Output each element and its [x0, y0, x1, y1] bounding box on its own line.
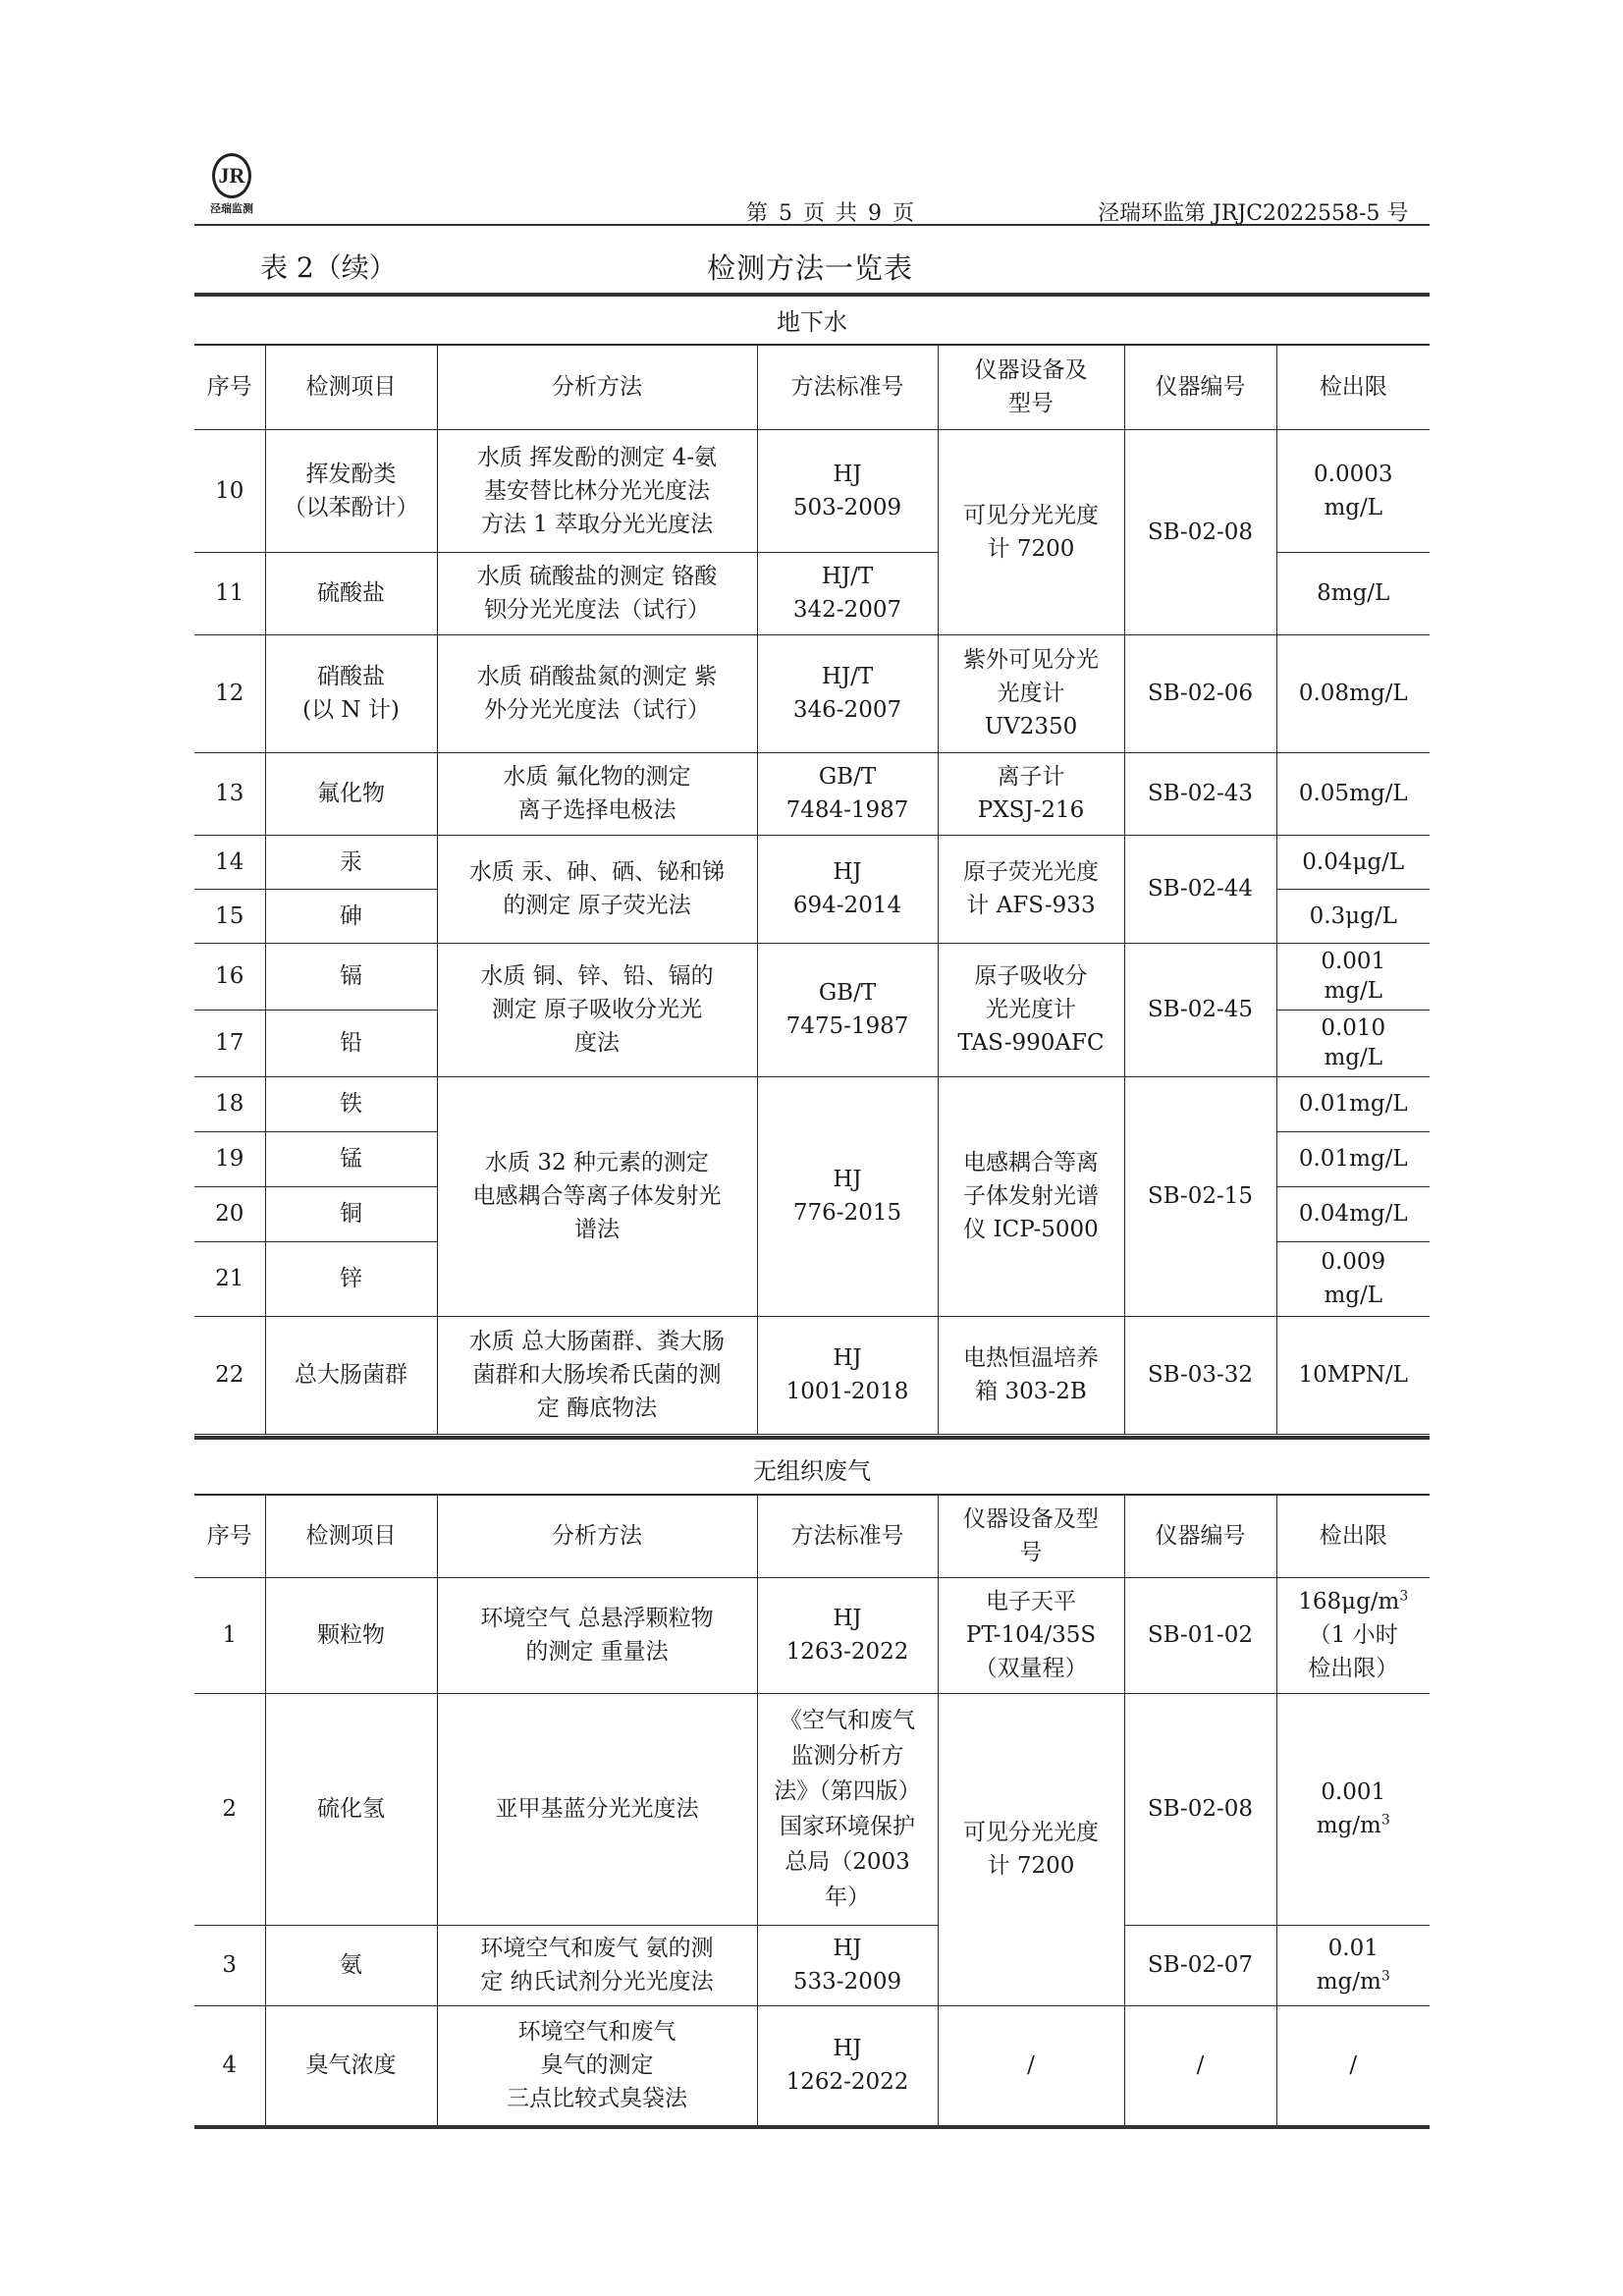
- cell-no: 11: [194, 552, 265, 634]
- cell-item: 铜: [265, 1186, 437, 1241]
- report-number: 泾瑞环监第 JRJC2022558-5 号: [1098, 196, 1408, 227]
- cell-item: 锌: [265, 1241, 437, 1316]
- cell-limit: 0.08mg/L: [1276, 634, 1430, 752]
- cell-method: 环境空气和废气臭气的测定三点比较式臭袋法: [437, 2005, 757, 2125]
- section-title-groundwater: 地下水: [194, 302, 1430, 337]
- cell-limit: 0.04mg/L: [1276, 1186, 1430, 1241]
- cell-limit: 168μg/m3（1 小时检出限）: [1276, 1577, 1430, 1693]
- table-row: 1 颗粒物 环境空气 总悬浮颗粒物的测定 重量法 HJ1263-2022 电子天…: [194, 1577, 1430, 1693]
- cell-item: 总大肠菌群: [265, 1316, 437, 1434]
- cell-no: 2: [194, 1693, 265, 1925]
- cell-standard: HJ1263-2022: [757, 1577, 938, 1693]
- col-header-limit: 检出限: [1276, 345, 1430, 429]
- cell-item: 硫酸盐: [265, 552, 437, 634]
- cell-standard: HJ533-2009: [757, 1925, 938, 2005]
- table-row: 12 硝酸盐(以 N 计) 水质 硝酸盐氮的测定 紫外分光光度法（试行） HJ/…: [194, 634, 1430, 752]
- cell-no: 22: [194, 1316, 265, 1434]
- cell-standard: GB/T7484-1987: [757, 752, 938, 835]
- cell-item: 锰: [265, 1131, 437, 1186]
- col-header-method: 分析方法: [437, 345, 757, 429]
- col-header-instrument: 仪器设备及型号: [938, 345, 1124, 429]
- cell-instrument: 原子吸收分光光度计TAS-990AFC: [938, 943, 1124, 1076]
- cell-item: 硫化氢: [265, 1693, 437, 1925]
- col-header-standard: 方法标准号: [757, 345, 938, 429]
- table-title: 检测方法一览表: [707, 246, 913, 287]
- cell-limit: 0.001mg/m3: [1276, 1693, 1430, 1925]
- cell-instrument: 原子荧光光度计 AFS-933: [938, 835, 1124, 943]
- fugitive-gas-table: 序号 检测项目 分析方法 方法标准号 仪器设备及型号 仪器编号 检出限 1 颗粒…: [194, 1494, 1430, 2126]
- cell-no: 15: [194, 889, 265, 943]
- cell-no: 18: [194, 1076, 265, 1131]
- cell-limit: 0.01mg/L: [1276, 1076, 1430, 1131]
- cell-standard: HJ694-2014: [757, 835, 938, 943]
- company-logo: JR 泾瑞监测: [202, 153, 261, 216]
- cell-standard: HJ/T346-2007: [757, 634, 938, 752]
- cell-item: 挥发酚类（以苯酚计）: [265, 429, 437, 552]
- table-row: 10 挥发酚类（以苯酚计） 水质 挥发酚的测定 4-氨基安替比林分光光度法方法 …: [194, 429, 1430, 552]
- cell-standard: HJ/T342-2007: [757, 552, 938, 634]
- cell-no: 4: [194, 2005, 265, 2125]
- cell-method: 水质 氟化物的测定离子选择电极法: [437, 752, 757, 835]
- col-header-no: 序号: [194, 345, 265, 429]
- cell-standard: HJ503-2009: [757, 429, 938, 552]
- cell-instrument-id: SB-02-15: [1124, 1076, 1276, 1316]
- groundwater-table: 序号 检测项目 分析方法 方法标准号 仪器设备及型号 仪器编号 检出限 10 挥…: [194, 344, 1430, 1435]
- cell-method: 水质 汞、砷、硒、铋和锑的测定 原子荧光法: [437, 835, 757, 943]
- cell-standard: GB/T7475-1987: [757, 943, 938, 1076]
- cell-standard: HJ1001-2018: [757, 1316, 938, 1434]
- col-header-instrument-id: 仪器编号: [1124, 1495, 1276, 1577]
- cell-instrument: 电感耦合等离子体发射光谱仪 ICP-5000: [938, 1076, 1124, 1316]
- cell-item: 臭气浓度: [265, 2005, 437, 2125]
- col-header-instrument: 仪器设备及型号: [938, 1495, 1124, 1577]
- cell-no: 20: [194, 1186, 265, 1241]
- table-row: 13 氟化物 水质 氟化物的测定离子选择电极法 GB/T7484-1987 离子…: [194, 752, 1430, 835]
- cell-item: 汞: [265, 835, 437, 889]
- table-header-row: 序号 检测项目 分析方法 方法标准号 仪器设备及型号 仪器编号 检出限: [194, 1495, 1430, 1577]
- cell-instrument-id: SB-03-32: [1124, 1316, 1276, 1434]
- table-header-row: 序号 检测项目 分析方法 方法标准号 仪器设备及型号 仪器编号 检出限: [194, 345, 1430, 429]
- cell-no: 21: [194, 1241, 265, 1316]
- header-divider: [194, 224, 1430, 226]
- cell-item: 铁: [265, 1076, 437, 1131]
- cell-instrument-id: SB-02-08: [1124, 1693, 1276, 1925]
- cell-limit: 0.05mg/L: [1276, 752, 1430, 835]
- cell-method: 水质 总大肠菌群、粪大肠菌群和大肠埃希氏菌的测定 酶底物法: [437, 1316, 757, 1434]
- fugitive-gas-table-end-rule: [194, 2125, 1430, 2129]
- cell-method: 水质 硫酸盐的测定 铬酸钡分光光度法（试行）: [437, 552, 757, 634]
- cell-limit: 0.010mg/L: [1276, 1010, 1430, 1076]
- cell-no: 16: [194, 943, 265, 1010]
- cell-instrument-id: SB-02-44: [1124, 835, 1276, 943]
- table-row: 14 汞 水质 汞、砷、硒、铋和锑的测定 原子荧光法 HJ694-2014 原子…: [194, 835, 1430, 889]
- cell-no: 13: [194, 752, 265, 835]
- cell-method: 水质 硝酸盐氮的测定 紫外分光光度法（试行）: [437, 634, 757, 752]
- cell-limit: /: [1276, 2005, 1430, 2125]
- cell-instrument: 可见分光光度计 7200: [938, 1693, 1124, 2005]
- cell-instrument-id: SB-02-06: [1124, 634, 1276, 752]
- col-header-instrument-id: 仪器编号: [1124, 345, 1276, 429]
- col-header-item: 检测项目: [265, 345, 437, 429]
- col-header-no: 序号: [194, 1495, 265, 1577]
- cell-standard: HJ776-2015: [757, 1076, 938, 1316]
- cell-no: 10: [194, 429, 265, 552]
- cell-limit: 0.001mg/L: [1276, 943, 1430, 1010]
- cell-no: 17: [194, 1010, 265, 1076]
- cell-no: 1: [194, 1577, 265, 1693]
- table-row: 2 硫化氢 亚甲基蓝分光光度法 《空气和废气监测分析方法》（第四版）国家环境保护…: [194, 1693, 1430, 1925]
- cell-limit: 0.01mg/m3: [1276, 1925, 1430, 2005]
- page-indicator: 第 5 页 共 9 页: [746, 196, 916, 227]
- cell-no: 12: [194, 634, 265, 752]
- cell-instrument: 电热恒温培养箱 303-2B: [938, 1316, 1124, 1434]
- cell-instrument: /: [938, 2005, 1124, 2125]
- cell-item: 硝酸盐(以 N 计): [265, 634, 437, 752]
- cell-limit: 0.0003mg/L: [1276, 429, 1430, 552]
- cell-item: 氟化物: [265, 752, 437, 835]
- logo-mark: JR: [212, 153, 251, 198]
- cell-item: 颗粒物: [265, 1577, 437, 1693]
- table-label: 表 2（续）: [260, 246, 397, 286]
- cell-instrument-id: SB-02-07: [1124, 1925, 1276, 2005]
- cell-limit: 0.01mg/L: [1276, 1131, 1430, 1186]
- col-header-method: 分析方法: [437, 1495, 757, 1577]
- cell-method: 环境空气和废气 氨的测定 纳氏试剂分光光度法: [437, 1925, 757, 2005]
- cell-limit: 10MPN/L: [1276, 1316, 1430, 1434]
- cell-instrument: 电子天平PT-104/35S（双量程）: [938, 1577, 1124, 1693]
- cell-limit: 0.3μg/L: [1276, 889, 1430, 943]
- table-row: 4 臭气浓度 环境空气和废气臭气的测定三点比较式臭袋法 HJ1262-2022 …: [194, 2005, 1430, 2125]
- logo-text: 泾瑞监测: [202, 200, 261, 216]
- cell-method: 环境空气 总悬浮颗粒物的测定 重量法: [437, 1577, 757, 1693]
- cell-instrument: 紫外可见分光光度计UV2350: [938, 634, 1124, 752]
- cell-method: 水质 铜、锌、铅、镉的测定 原子吸收分光光度法: [437, 943, 757, 1076]
- table-row: 3 氨 环境空气和废气 氨的测定 纳氏试剂分光光度法 HJ533-2009 SB…: [194, 1925, 1430, 2005]
- cell-item: 铅: [265, 1010, 437, 1076]
- cell-instrument: 离子计PXSJ-216: [938, 752, 1124, 835]
- cell-instrument: 可见分光光度计 7200: [938, 429, 1124, 634]
- table-row: 18 铁 水质 32 种元素的测定电感耦合等离子体发射光谱法 HJ776-201…: [194, 1076, 1430, 1131]
- cell-no: 3: [194, 1925, 265, 2005]
- table-row: 22 总大肠菌群 水质 总大肠菌群、粪大肠菌群和大肠埃希氏菌的测定 酶底物法 H…: [194, 1316, 1430, 1434]
- cell-item: 砷: [265, 889, 437, 943]
- cell-no: 14: [194, 835, 265, 889]
- cell-limit: 8mg/L: [1276, 552, 1430, 634]
- section-title-fugitive-gas: 无组织废气: [194, 1451, 1430, 1486]
- col-header-standard: 方法标准号: [757, 1495, 938, 1577]
- cell-method: 亚甲基蓝分光光度法: [437, 1693, 757, 1925]
- cell-standard: 《空气和废气监测分析方法》（第四版）国家环境保护总局（2003年）: [757, 1693, 938, 1925]
- cell-standard: HJ1262-2022: [757, 2005, 938, 2125]
- cell-item: 镉: [265, 943, 437, 1010]
- cell-instrument-id: SB-02-45: [1124, 943, 1276, 1076]
- title-divider: [194, 293, 1430, 297]
- col-header-limit: 检出限: [1276, 1495, 1430, 1577]
- cell-instrument-id: SB-01-02: [1124, 1577, 1276, 1693]
- groundwater-table-end-rule: [194, 1436, 1430, 1440]
- cell-instrument-id: SB-02-08: [1124, 429, 1276, 634]
- cell-method: 水质 32 种元素的测定电感耦合等离子体发射光谱法: [437, 1076, 757, 1316]
- cell-instrument-id: /: [1124, 2005, 1276, 2125]
- cell-instrument-id: SB-02-43: [1124, 752, 1276, 835]
- cell-no: 19: [194, 1131, 265, 1186]
- cell-method: 水质 挥发酚的测定 4-氨基安替比林分光光度法方法 1 萃取分光光度法: [437, 429, 757, 552]
- cell-item: 氨: [265, 1925, 437, 2005]
- cell-limit: 0.04μg/L: [1276, 835, 1430, 889]
- col-header-item: 检测项目: [265, 1495, 437, 1577]
- table-row: 16 镉 水质 铜、锌、铅、镉的测定 原子吸收分光光度法 GB/T7475-19…: [194, 943, 1430, 1010]
- cell-limit: 0.009mg/L: [1276, 1241, 1430, 1316]
